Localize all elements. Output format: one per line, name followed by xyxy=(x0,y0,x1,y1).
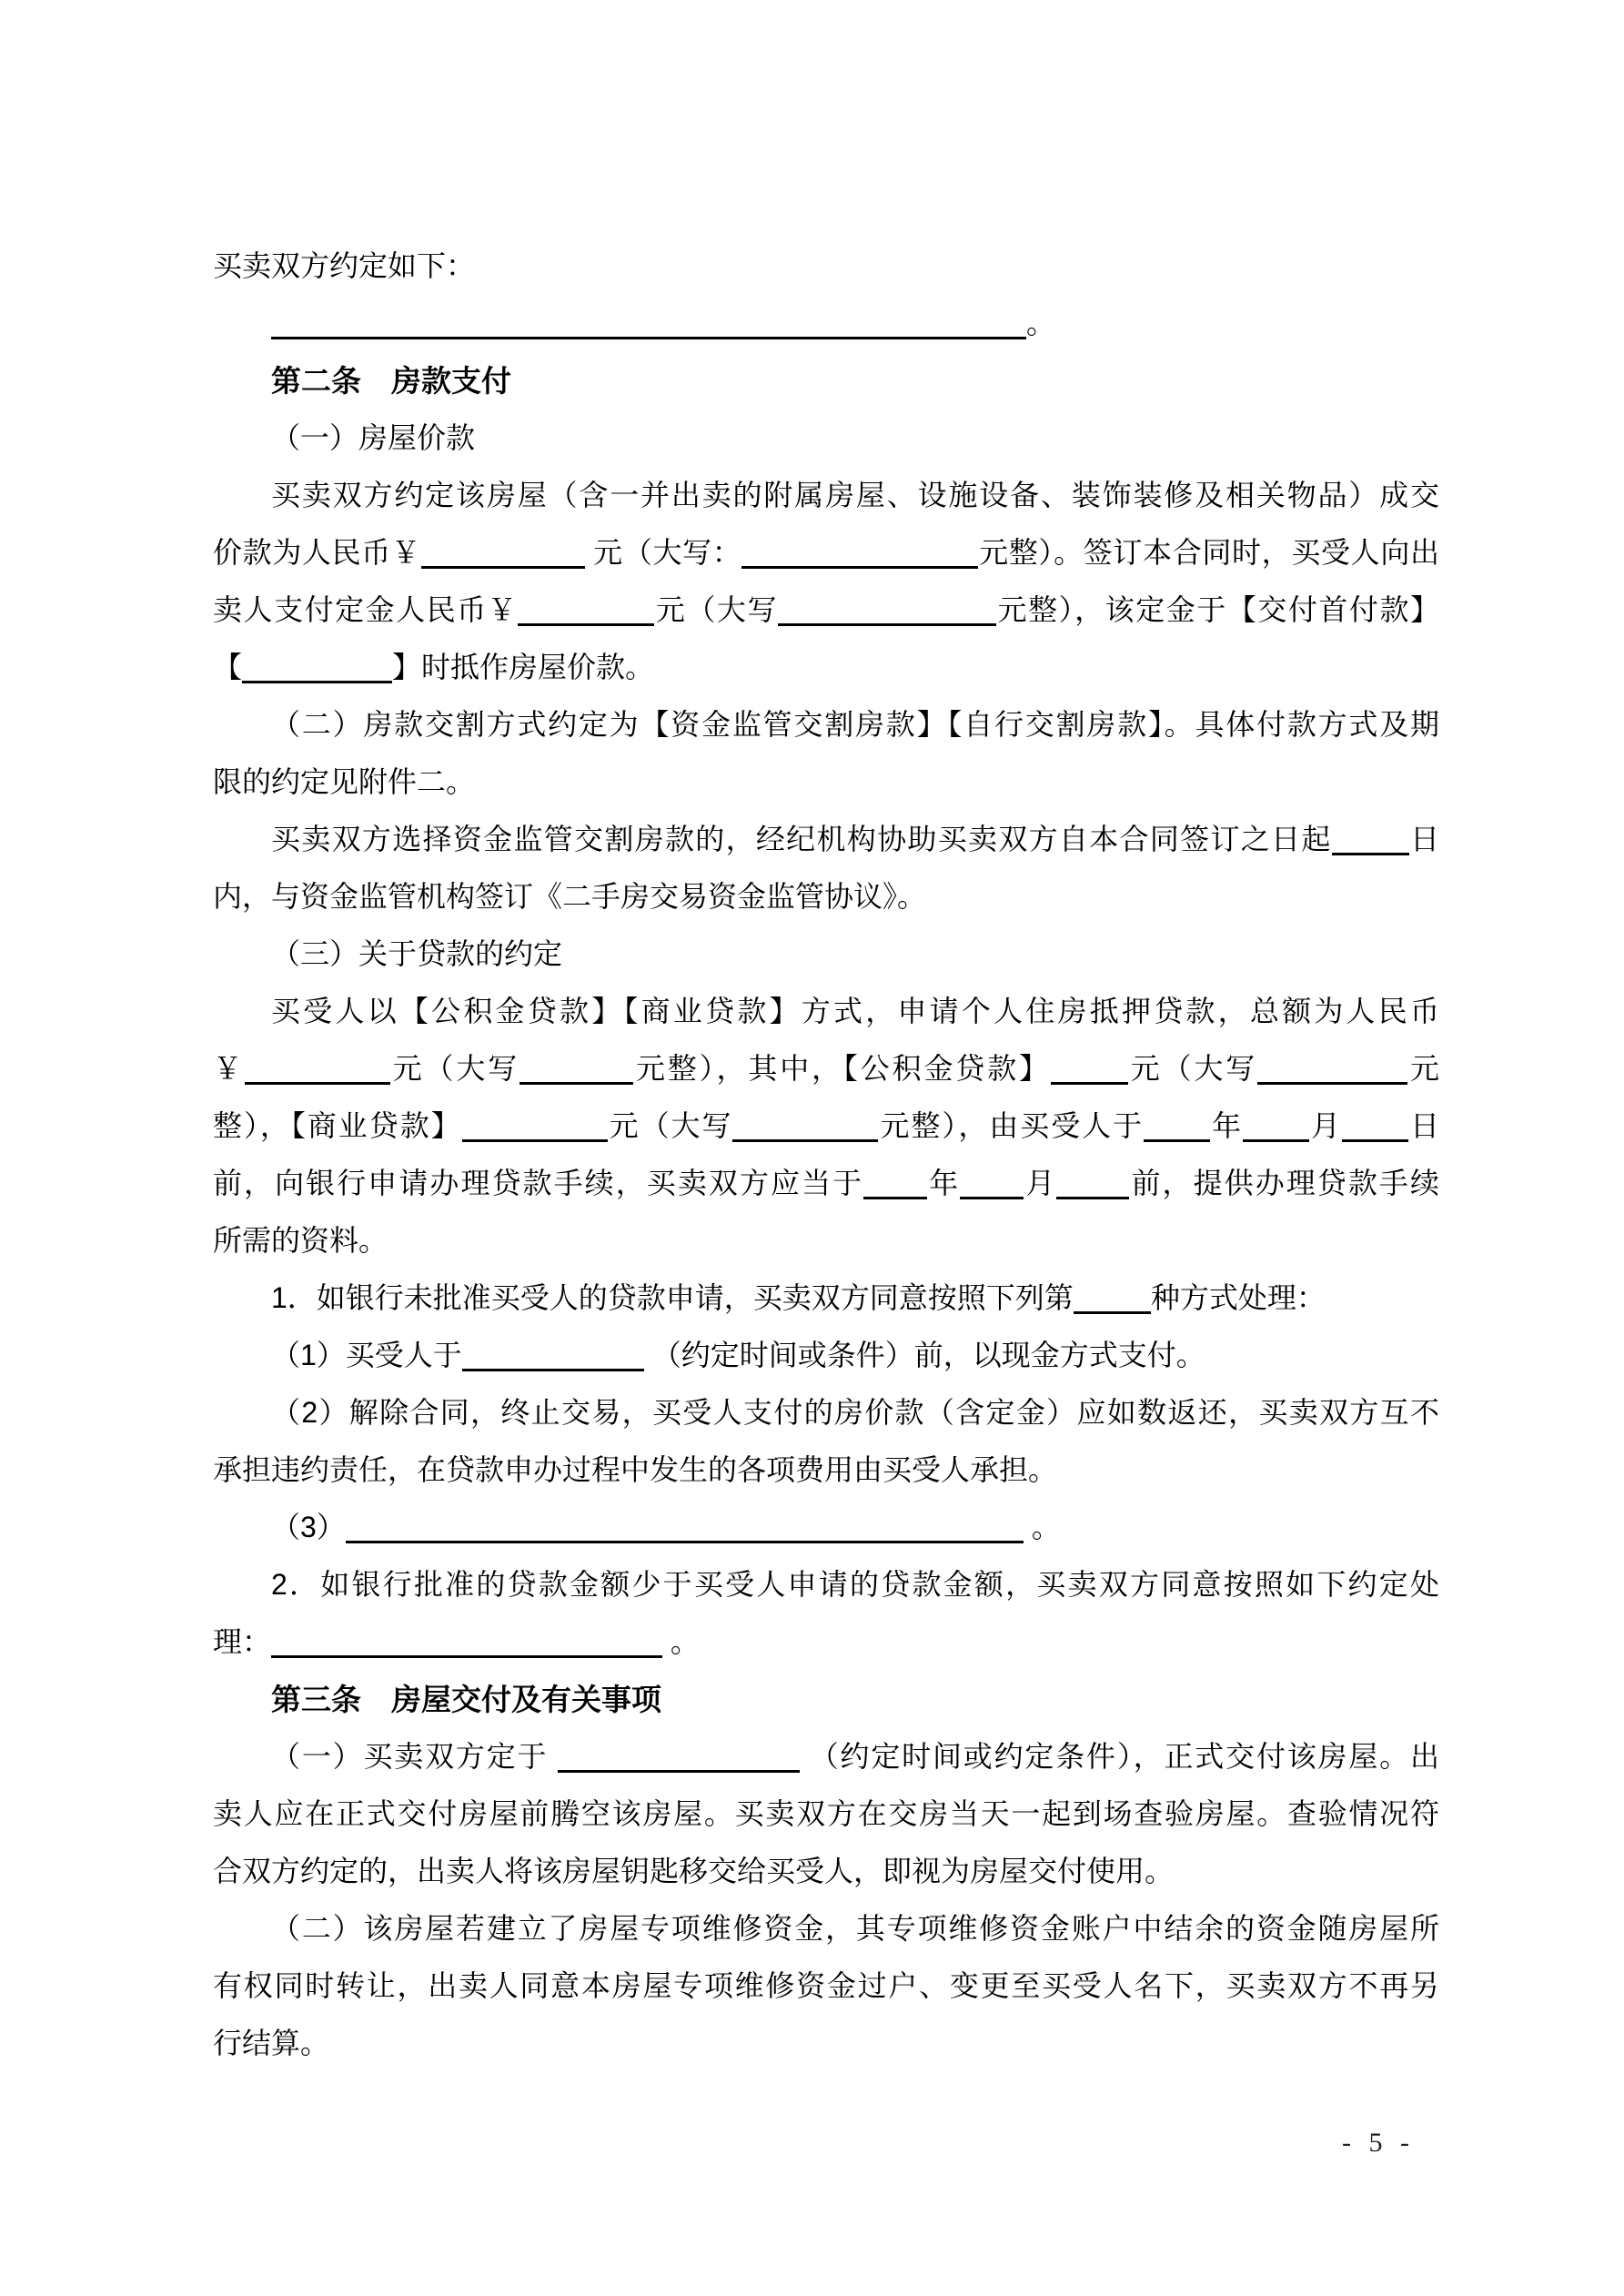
section-3-2-line-1: （二）该房屋若建立了房屋专项维修资金，其专项维修资金账户中结余的资金随房屋所 xyxy=(213,1900,1439,1957)
text-run: 】时抵作房屋价款。 xyxy=(392,651,654,683)
para-loan-5: 所需的资料。 xyxy=(213,1212,1439,1269)
text-run: （一）买卖双方定于 xyxy=(271,1740,558,1773)
fill-in-blank xyxy=(462,1360,644,1371)
text-run: 第三条 房屋交付及有关事项 xyxy=(271,1683,661,1716)
text-run: 年 xyxy=(1210,1109,1243,1142)
section-3-1-line-1: （一）买卖双方定于 （约定时间或约定条件），正式交付该房屋。出 xyxy=(213,1728,1439,1785)
section-3-1-line-2: 卖人应在正式交付房屋前腾空该房屋。买卖双方在交房当天一起到场查验房屋。查验情况符 xyxy=(213,1785,1439,1843)
text-run: 月 xyxy=(1024,1167,1056,1199)
para-loan-2: ￥元（大写元整），其中，【公积金贷款】元（大写元 xyxy=(213,1040,1439,1097)
para-supervision-1: 买卖双方选择资金监管交割房款的，经纪机构协助买卖双方自本合同签订之日起日 xyxy=(213,811,1439,868)
text-run: 承担违约责任，在贷款申办过程中发生的各项费用由买受人承担。 xyxy=(213,1453,1057,1486)
fill-in-blank xyxy=(1243,1130,1309,1142)
item-1-1-line: （1）买受人于 （约定时间或条件）前，以现金方式支付。 xyxy=(213,1327,1439,1384)
text-run: （2）解除合同，终止交易，买受人支付的房价款（含定金）应如数返还，买卖双方互不 xyxy=(271,1396,1439,1429)
section-2-2-line-1: （二）房款交割方式约定为【资金监管交割房款】【自行交割房款】。具体付款方式及期 xyxy=(213,696,1439,754)
text-run: 1．如银行未批准买受人的贷款申请，买卖双方同意按照下列第 xyxy=(271,1281,1074,1314)
text-run: （二）该房屋若建立了房屋专项维修资金，其专项维修资金账户中结余的资金随房屋所 xyxy=(271,1912,1439,1945)
para-price-2: 价款为人民币￥ 元（大写：元整）。签订本合同时，买受人向出 xyxy=(213,524,1439,582)
fill-in-blank xyxy=(1074,1302,1151,1314)
text-run: 。 xyxy=(662,1625,700,1658)
para-supervision-2: 内，与资金监管机构签订《二手房交易资金监管协议》。 xyxy=(213,868,1439,925)
text-run: （约定时间或约定条件），正式交付该房屋。出 xyxy=(800,1740,1439,1773)
fill-in-blank xyxy=(778,614,996,626)
text-run: 合双方约定的，出卖人将该房屋钥匙移交给买受人，即视为房屋交付使用。 xyxy=(213,1855,1174,1887)
section-2-1-heading: （一）房屋价款 xyxy=(213,410,1439,467)
fill-in-blank xyxy=(462,1130,608,1142)
text-run: 日 xyxy=(1408,1109,1439,1142)
text-run: 元（大写： xyxy=(585,536,742,569)
text-run: 有权同时转让，出卖人同意本房屋专项维修资金过户、变更至买受人名下，买卖双方不再另 xyxy=(213,1969,1439,2002)
fill-in-blank xyxy=(1342,1130,1408,1142)
item-2-line-1: 2．如银行批准的贷款金额少于买受人申请的贷款金额，买卖双方同意按照如下约定处 xyxy=(213,1556,1439,1613)
item-1-line: 1．如银行未批准买受人的贷款申请，买卖双方同意按照下列第种方式处理： xyxy=(213,1269,1439,1327)
text-run: （三）关于贷款的约定 xyxy=(271,937,562,970)
text-run: 元（大写 xyxy=(608,1109,733,1142)
contract-page: 买卖双方约定如下：。第二条 房款支付（一）房屋价款买卖双方约定该房屋（含一并出卖… xyxy=(0,0,1624,2296)
text-run: 卖人支付定金人民币￥ xyxy=(213,593,518,626)
fill-in-blank xyxy=(421,557,585,569)
fill-in-blank xyxy=(741,557,978,569)
fill-in-blank xyxy=(960,1188,1024,1199)
fill-in-blank xyxy=(1332,844,1409,855)
item-1-2-line-1: （2）解除合同，终止交易，买受人支付的房价款（含定金）应如数返还，买卖双方互不 xyxy=(213,1384,1439,1441)
text-run: 元整），该定金于【交付首付款】 xyxy=(996,593,1439,626)
text-run: 买受人以【公积金贷款】【商业贷款】方式，申请个人住房抵押贷款，总额为人民币 xyxy=(271,995,1439,1027)
text-run: 元整），其中，【公积金贷款】 xyxy=(633,1052,1051,1085)
text-run: ￥ xyxy=(213,1052,245,1085)
section-3-2-line-3: 行结算。 xyxy=(213,2015,1439,2072)
fill-in-blank xyxy=(245,1073,390,1085)
fill-in-blank xyxy=(1257,1073,1407,1085)
text-run: 【 xyxy=(213,651,242,683)
fill-in-blank xyxy=(242,672,392,683)
text-run: （约定时间或条件）前，以现金方式支付。 xyxy=(644,1339,1205,1371)
fill-in-blank xyxy=(519,1073,633,1085)
text-run: 行结算。 xyxy=(213,2027,329,2059)
para-price-1: 买卖双方约定该房屋（含一并出卖的附属房屋、设施设备、装饰装修及相关物品）成交 xyxy=(213,467,1439,524)
text-run: （3） xyxy=(271,1511,346,1543)
section-2-3-heading: （三）关于贷款的约定 xyxy=(213,925,1439,983)
para-loan-4: 前，向银行申请办理贷款手续，买卖双方应当于年月前，提供办理贷款手续 xyxy=(213,1155,1439,1212)
text-run: 元整）。签订本合同时，买受人向出 xyxy=(978,536,1439,569)
text-run: 买卖双方选择资金监管交割房款的，经纪机构协助买卖双方自本合同签订之日起 xyxy=(271,823,1332,855)
text-run: 2．如银行批准的贷款金额少于买受人申请的贷款金额，买卖双方同意按照如下约定处 xyxy=(271,1568,1439,1601)
text-run: 所需的资料。 xyxy=(213,1224,388,1257)
text-run: 。 xyxy=(1026,307,1055,339)
page-number: - 5 - xyxy=(1310,2128,1447,2159)
text-run: 买卖双方约定如下： xyxy=(213,249,475,282)
text-run: 。 xyxy=(1024,1511,1061,1543)
text-run: 限的约定见附件二。 xyxy=(213,765,475,798)
fill-in-blank xyxy=(558,1761,800,1773)
text-run: （二）房款交割方式约定为【资金监管交割房款】【自行交割房款】。具体付款方式及期 xyxy=(271,708,1439,741)
item-2-line-2: 理： 。 xyxy=(213,1613,1439,1671)
para-price-3: 卖人支付定金人民币￥元（大写元整），该定金于【交付首付款】 xyxy=(213,582,1439,639)
text-run: 年 xyxy=(927,1167,960,1199)
item-1-3-line: （3） 。 xyxy=(213,1499,1439,1556)
fill-in-blank xyxy=(1056,1188,1129,1199)
text-run: 元（大写 xyxy=(654,593,778,626)
text-run: 元（大写 xyxy=(390,1052,519,1085)
text-run: 价款为人民币￥ xyxy=(213,536,421,569)
text-run: 前，提供办理贷款手续 xyxy=(1129,1167,1439,1199)
fill-in-blank xyxy=(518,614,654,626)
text-run: 买卖双方约定该房屋（含一并出卖的附属房屋、设施设备、装饰装修及相关物品）成交 xyxy=(271,479,1439,511)
fill-in-blank xyxy=(346,1532,1024,1543)
intro-line: 买卖双方约定如下： xyxy=(213,238,1439,295)
text-run: 月 xyxy=(1309,1109,1342,1142)
text-run: 卖人应在正式交付房屋前腾空该房屋。买卖双方在交房当天一起到场查验房屋。查验情况符 xyxy=(213,1797,1439,1830)
text-run: 日 xyxy=(1409,823,1439,855)
contract-body-text: 买卖双方约定如下：。第二条 房款支付（一）房屋价款买卖双方约定该房屋（含一并出卖… xyxy=(213,238,1439,2072)
text-run: 前，向银行申请办理贷款手续，买卖双方应当于 xyxy=(213,1167,863,1199)
text-run: （1）买受人于 xyxy=(271,1339,462,1371)
text-run: 元 xyxy=(1407,1052,1439,1085)
para-loan-1: 买受人以【公积金贷款】【商业贷款】方式，申请个人住房抵押贷款，总额为人民币 xyxy=(213,983,1439,1040)
text-run: 元（大写 xyxy=(1128,1052,1257,1085)
text-run: 内，与资金监管机构签订《二手房交易资金监管协议》。 xyxy=(213,880,926,913)
article-2-heading: 第二条 房款支付 xyxy=(213,352,1439,410)
fill-in-blank xyxy=(732,1130,878,1142)
section-2-2-line-2: 限的约定见附件二。 xyxy=(213,754,1439,811)
fill-in-blank xyxy=(1051,1073,1128,1085)
text-run: 种方式处理： xyxy=(1151,1281,1326,1314)
article-3-heading: 第三条 房屋交付及有关事项 xyxy=(213,1671,1439,1728)
item-1-2-line-2: 承担违约责任，在贷款申办过程中发生的各项费用由买受人承担。 xyxy=(213,1441,1439,1499)
text-run: （一）房屋价款 xyxy=(271,421,475,454)
fill-in-blank xyxy=(1144,1130,1210,1142)
blank-statement-line: 。 xyxy=(213,295,1439,352)
fill-in-blank xyxy=(271,1646,662,1658)
fill-in-blank xyxy=(271,328,1026,339)
text-run: 第二条 房款支付 xyxy=(271,364,511,398)
text-run: 整），【商业贷款】 xyxy=(213,1109,462,1142)
section-3-1-line-3: 合双方约定的，出卖人将该房屋钥匙移交给买受人，即视为房屋交付使用。 xyxy=(213,1843,1439,1900)
text-run: 理： xyxy=(213,1625,271,1658)
section-3-2-line-2: 有权同时转让，出卖人同意本房屋专项维修资金过户、变更至买受人名下，买卖双方不再另 xyxy=(213,1957,1439,2015)
fill-in-blank xyxy=(863,1188,927,1199)
para-price-4: 【】时抵作房屋价款。 xyxy=(213,639,1439,696)
para-loan-3: 整），【商业贷款】元（大写元整），由买受人于年月日 xyxy=(213,1097,1439,1155)
text-run: 元整），由买受人于 xyxy=(878,1109,1144,1142)
